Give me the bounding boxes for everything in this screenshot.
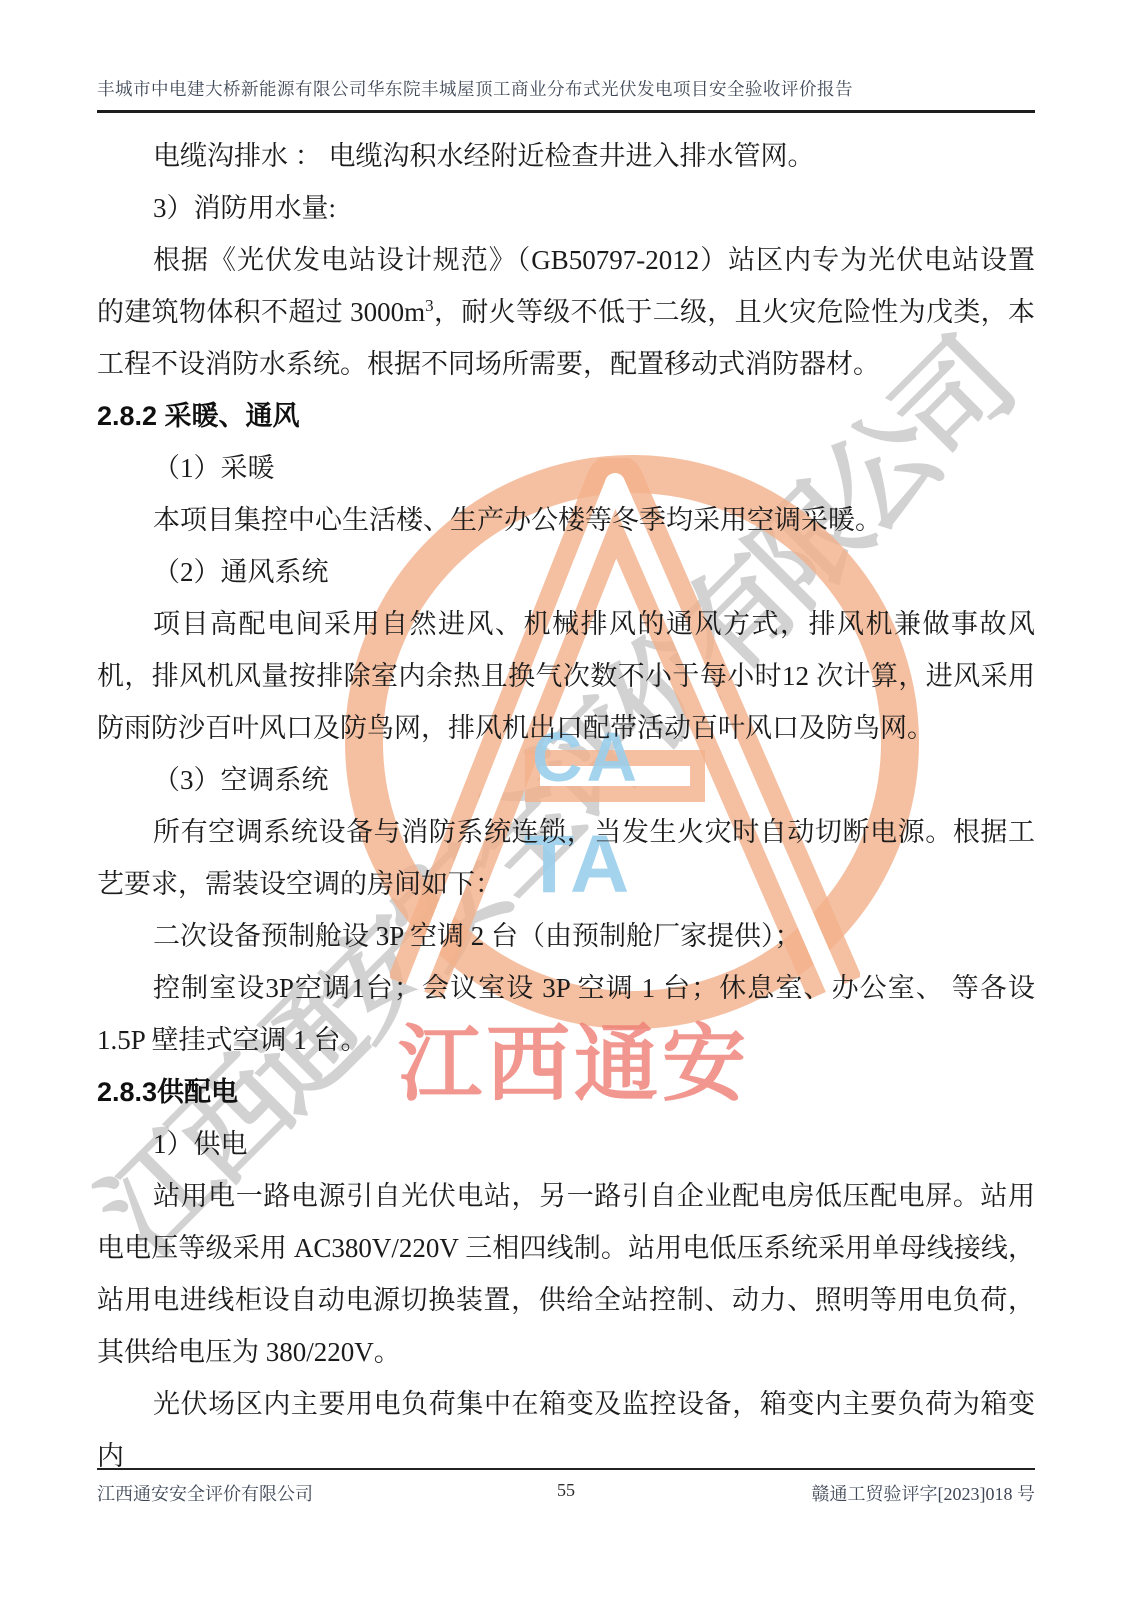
paragraph-ventilation: 项目高配电间采用自然进风、机械排风的通风方式，排风机兼做事故风机，排风机风量按排… xyxy=(97,598,1035,754)
paragraph-supply-label: 1）供电 xyxy=(97,1118,1035,1170)
paragraph-fire-water-label: 3）消防用水量: xyxy=(97,182,1035,234)
paragraph-air-conditioning: 所有空调系统设备与消防系统连锁，当发生火灾时自动切断电源。根据工艺要求，需装设空… xyxy=(97,806,1035,910)
paragraph-control-room-ac: 控制室设3P空调1台；会议室设 3P 空调 1 台；休息室、办公室、 等各设 1… xyxy=(97,962,1035,1066)
page-header: 丰城市中电建大桥新能源有限公司华东院丰城屋顶工商业分布式光伏发电项目安全验收评价… xyxy=(97,76,1035,113)
paragraph-cabin-ac: 二次设备预制舱设 3P 空调 2 台（由预制舱厂家提供）； xyxy=(97,910,1035,962)
paragraph-cable-drain: 电缆沟排水 ： 电缆沟积水经附近检查井进入排水管网。 xyxy=(97,130,1035,182)
document-body: 电缆沟排水 ： 电缆沟积水经附近检查井进入排水管网。 3）消防用水量: 根据《光… xyxy=(97,130,1035,1482)
section-heading-2-8-2: 2.8.2 采暖、通风 xyxy=(97,390,1035,442)
footer-doc-number: 赣通工贸验评字[2023]018 号 xyxy=(812,1480,1036,1506)
paragraph-heating: 本项目集控中心生活楼、生产办公楼等冬季均采用空调采暖。 xyxy=(97,494,1035,546)
superscript-3: 3 xyxy=(425,296,434,315)
footer-company: 江西通安安全评价有限公司 xyxy=(97,1480,313,1506)
section-heading-2-8-3: 2.8.3供配电 xyxy=(97,1066,1035,1118)
header-title: 丰城市中电建大桥新能源有限公司华东院丰城屋顶工商业分布式光伏发电项目安全验收评价… xyxy=(97,79,853,99)
page-footer: 江西通安安全评价有限公司 55 赣通工贸验评字[2023]018 号 xyxy=(97,1468,1035,1506)
paragraph-vent-label: （2）通风系统 xyxy=(97,546,1035,598)
paragraph-pv-load: 光伏场区内主要用电负荷集中在箱变及监控设备，箱变内主要负荷为箱变内 xyxy=(97,1378,1035,1482)
paragraph-heating-label: （1）采暖 xyxy=(97,442,1035,494)
report-page: 江西通安安全评价有限公司 CA TA 江西通安 丰城市中电建大桥新能源有限公司华… xyxy=(0,0,1131,1600)
paragraph-station-power: 站用电一路电源引自光伏电站，另一路引自企业配电房低压配电屏。站用电电压等级采用 … xyxy=(97,1170,1035,1378)
paragraph-ac-label: （3）空调系统 xyxy=(97,754,1035,806)
paragraph-fire-water: 根据《光伏发电站设计规范》（GB50797-2012）站区内专为光伏电站设置的建… xyxy=(97,234,1035,390)
